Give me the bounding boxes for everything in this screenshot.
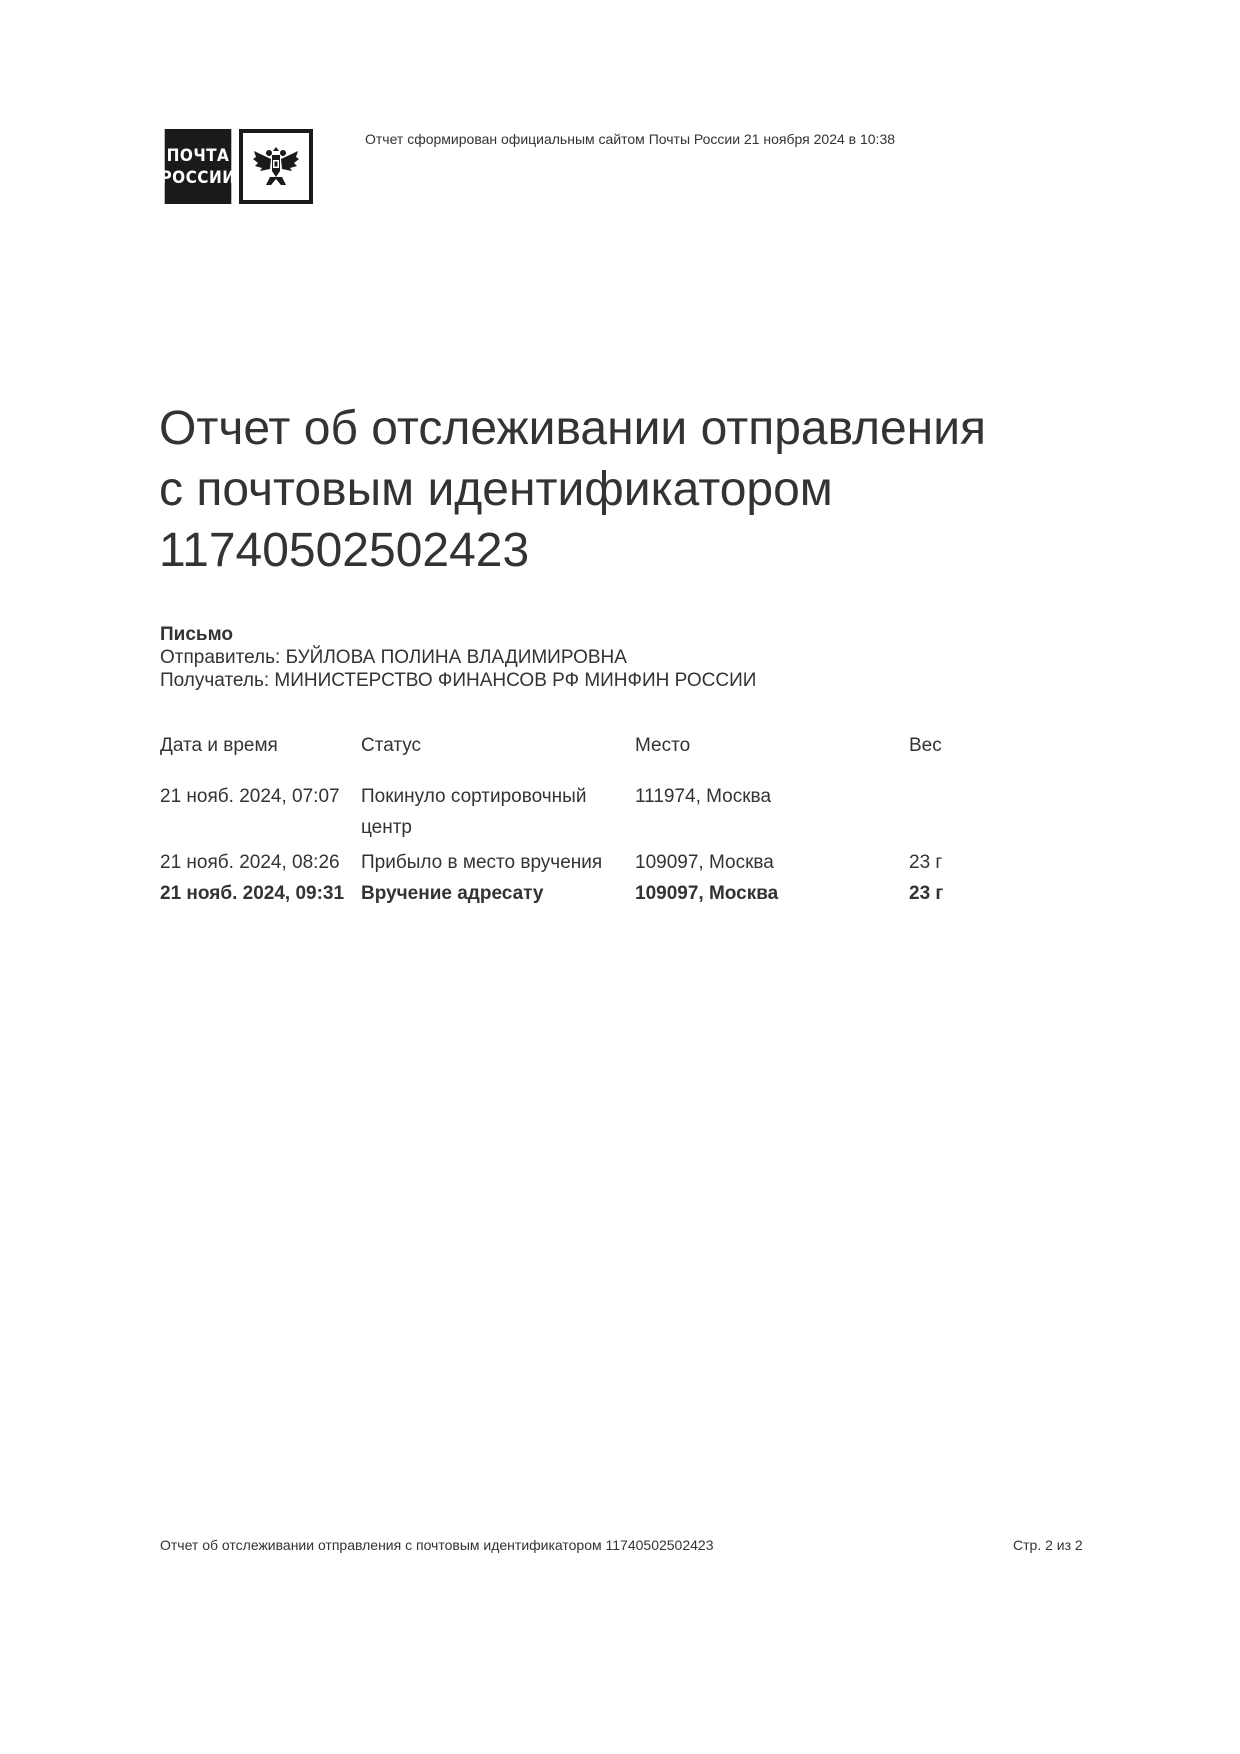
cell-place: 109097, Москва [635, 878, 909, 909]
cell-datetime: 21 нояб. 2024, 09:31 [160, 878, 361, 909]
tracking-number: 11740502502423 [159, 524, 529, 577]
table-row: 21 нояб. 2024, 08:26 Прибыло в место вру… [160, 843, 969, 878]
table-row: 21 нояб. 2024, 07:07 Покинуло сортировоч… [160, 781, 969, 843]
page-title: Отчет об отслеживании отправления с почт… [159, 398, 986, 581]
tracking-events-table: Дата и время Статус Место Вес 21 нояб. 2… [160, 735, 969, 909]
cell-datetime: 21 нояб. 2024, 07:07 [160, 781, 361, 843]
cell-status: Прибыло в место вручения [361, 843, 635, 878]
logo-line-1: ПОЧТА [167, 145, 230, 167]
header-status: Статус [361, 735, 635, 769]
sender: Отправитель: БУЙЛОВА ПОЛИНА ВЛАДИМИРОВНА [160, 646, 756, 669]
page-number: Стр. 2 из 2 [1013, 1537, 1083, 1553]
header-datetime: Дата и время [160, 735, 361, 769]
russian-post-logo: ПОЧТА РОССИИ [161, 129, 313, 204]
table-row: 21 нояб. 2024, 09:31 Вручение адресату 1… [160, 878, 969, 909]
double-headed-eagle-icon [239, 129, 313, 204]
cell-status: Вручение адресату [361, 878, 635, 909]
shipment-type: Письмо [160, 623, 756, 646]
cell-datetime: 21 нояб. 2024, 08:26 [160, 843, 361, 878]
recipient: Получатель: МИНИСТЕРСТВО ФИНАНСОВ РФ МИН… [160, 669, 756, 692]
header-weight: Вес [909, 735, 969, 769]
cell-place: 109097, Москва [635, 843, 909, 878]
cell-place: 111974, Москва [635, 781, 909, 843]
cell-status: Покинуло сортировочный центр [361, 781, 635, 843]
logo-line-2: РОССИИ [161, 167, 236, 189]
footer-title: Отчет об отслеживании отправления с почт… [160, 1537, 713, 1553]
cell-weight: 23 г [909, 878, 969, 909]
cell-weight: 23 г [909, 843, 969, 878]
title-line-2: с почтовым идентификатором [159, 463, 833, 516]
cell-weight [909, 781, 969, 843]
report-generated-note: Отчет сформирован официальным сайтом Поч… [365, 131, 895, 147]
logo-wordmark: ПОЧТА РОССИИ [165, 129, 232, 204]
header-place: Место [635, 735, 909, 769]
title-line-1: Отчет об отслеживании отправления [159, 402, 986, 455]
table-header-row: Дата и время Статус Место Вес [160, 735, 969, 769]
shipment-info: Письмо Отправитель: БУЙЛОВА ПОЛИНА ВЛАДИ… [160, 623, 756, 692]
